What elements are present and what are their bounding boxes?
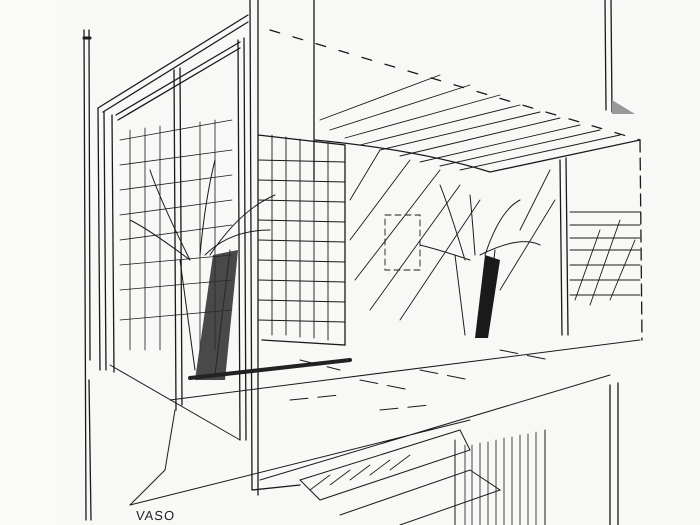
sketch-canvas: VASO [0,0,700,525]
sketch-drawing [0,0,700,525]
vaso-annotation-label: VASO [135,508,175,523]
